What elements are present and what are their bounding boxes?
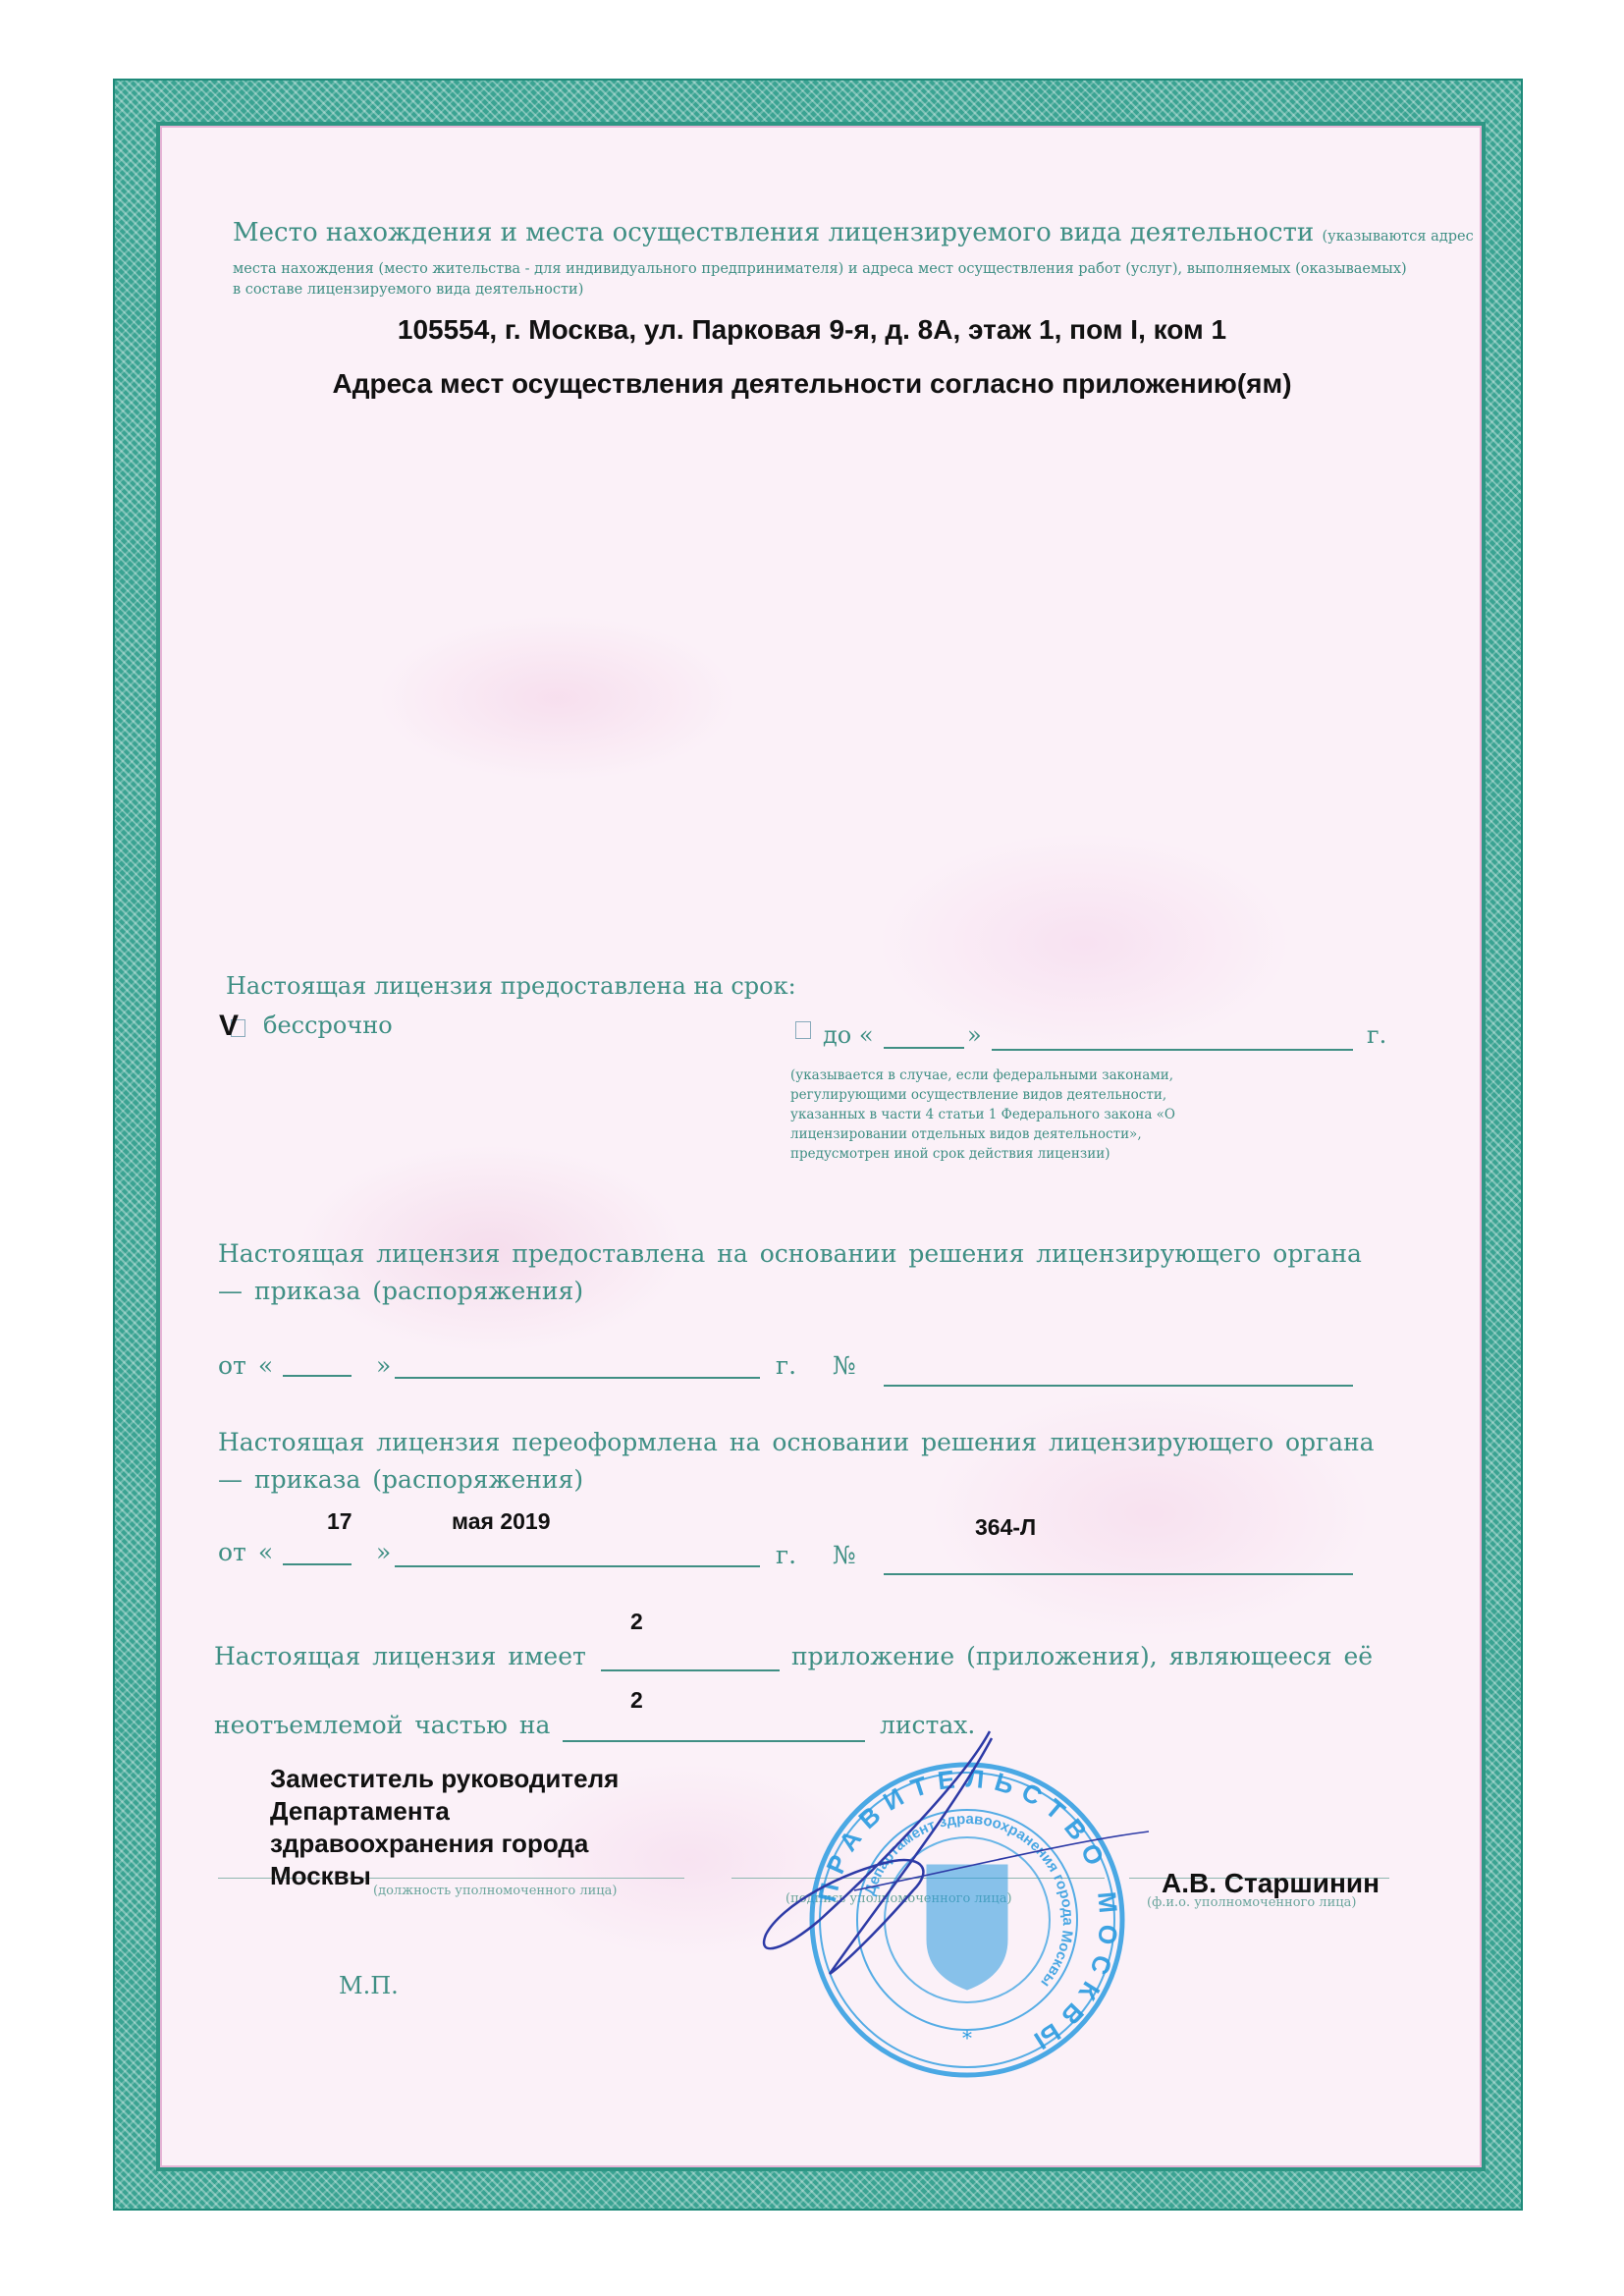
reissued-number-label: № (833, 1537, 856, 1573)
until-checkbox[interactable] (795, 1021, 811, 1039)
reissued-day: 17 (327, 1508, 352, 1535)
until-mid: » (967, 1021, 982, 1049)
reissued-from-label: от « (218, 1534, 273, 1570)
location-note-line2: места нахождения (место жительства - для… (233, 261, 1407, 277)
appendix-count: 2 (630, 1609, 643, 1635)
appendix-line1-prefix: Настоящая лицензия имеет (214, 1638, 586, 1674)
activity-addresses: Адреса мест осуществления деятельности с… (0, 368, 1624, 400)
reissued-number: 364-Л (975, 1514, 1036, 1541)
check-mark-icon: V (219, 1010, 239, 1043)
appendix-count-field[interactable] (601, 1669, 780, 1671)
granted-line1: Настоящая лицензия предоставлена на осно… (218, 1235, 1362, 1272)
unlimited-label: бессрочно (263, 1011, 393, 1039)
reissued-quote: » (376, 1534, 391, 1570)
granted-number-label: № (833, 1347, 856, 1384)
reissued-line2: — приказа (распоряжения) (218, 1461, 583, 1498)
reissued-date-field[interactable] (395, 1565, 760, 1567)
license-address: 105554, г. Москва, ул. Парковая 9-я, д. … (0, 314, 1624, 346)
until-suffix: г. (1367, 1021, 1386, 1049)
reissued-line1: Настоящая лицензия переоформлена на осно… (218, 1424, 1375, 1460)
appendix-line1-suffix: приложение (приложения), являющееся её (791, 1638, 1373, 1674)
handwritten-signature (727, 1723, 1276, 2008)
term-label: Настоящая лицензия предоставлена на срок… (226, 972, 796, 1000)
granted-number-field[interactable] (884, 1385, 1353, 1387)
granted-year-suffix: г. (776, 1347, 796, 1384)
until-date-field[interactable] (992, 1049, 1353, 1051)
reissued-month-year: мая 2019 (452, 1508, 550, 1535)
appendix-sheets: 2 (630, 1687, 643, 1714)
position-caption: (должность уполномоченного лица) (373, 1884, 617, 1898)
granted-line2: — приказа (распоряжения) (218, 1273, 583, 1309)
until-day-field[interactable] (884, 1047, 964, 1049)
reissued-number-field[interactable] (884, 1573, 1353, 1575)
signer-position: Заместитель руководителя Департамента зд… (270, 1763, 619, 1892)
location-section-title: Место нахождения и места осуществления л… (233, 218, 1474, 247)
granted-date-field[interactable] (395, 1377, 760, 1379)
granted-from-label: от « (218, 1347, 273, 1384)
svg-text:*: * (962, 2026, 972, 2050)
location-note-line3: в составе лицензируемого вида деятельнос… (233, 282, 583, 298)
until-prefix: до « (823, 1021, 874, 1049)
granted-quote: » (376, 1347, 391, 1384)
seal-label: М.П. (339, 1972, 399, 1999)
until-note: (указывается в случае, если федеральными… (790, 1066, 1213, 1164)
granted-day-field[interactable] (283, 1375, 352, 1377)
appendix-line2-prefix: неотъемлемой частью на (214, 1707, 550, 1743)
reissued-year-suffix: г. (776, 1537, 796, 1573)
reissued-day-field[interactable] (283, 1563, 352, 1565)
